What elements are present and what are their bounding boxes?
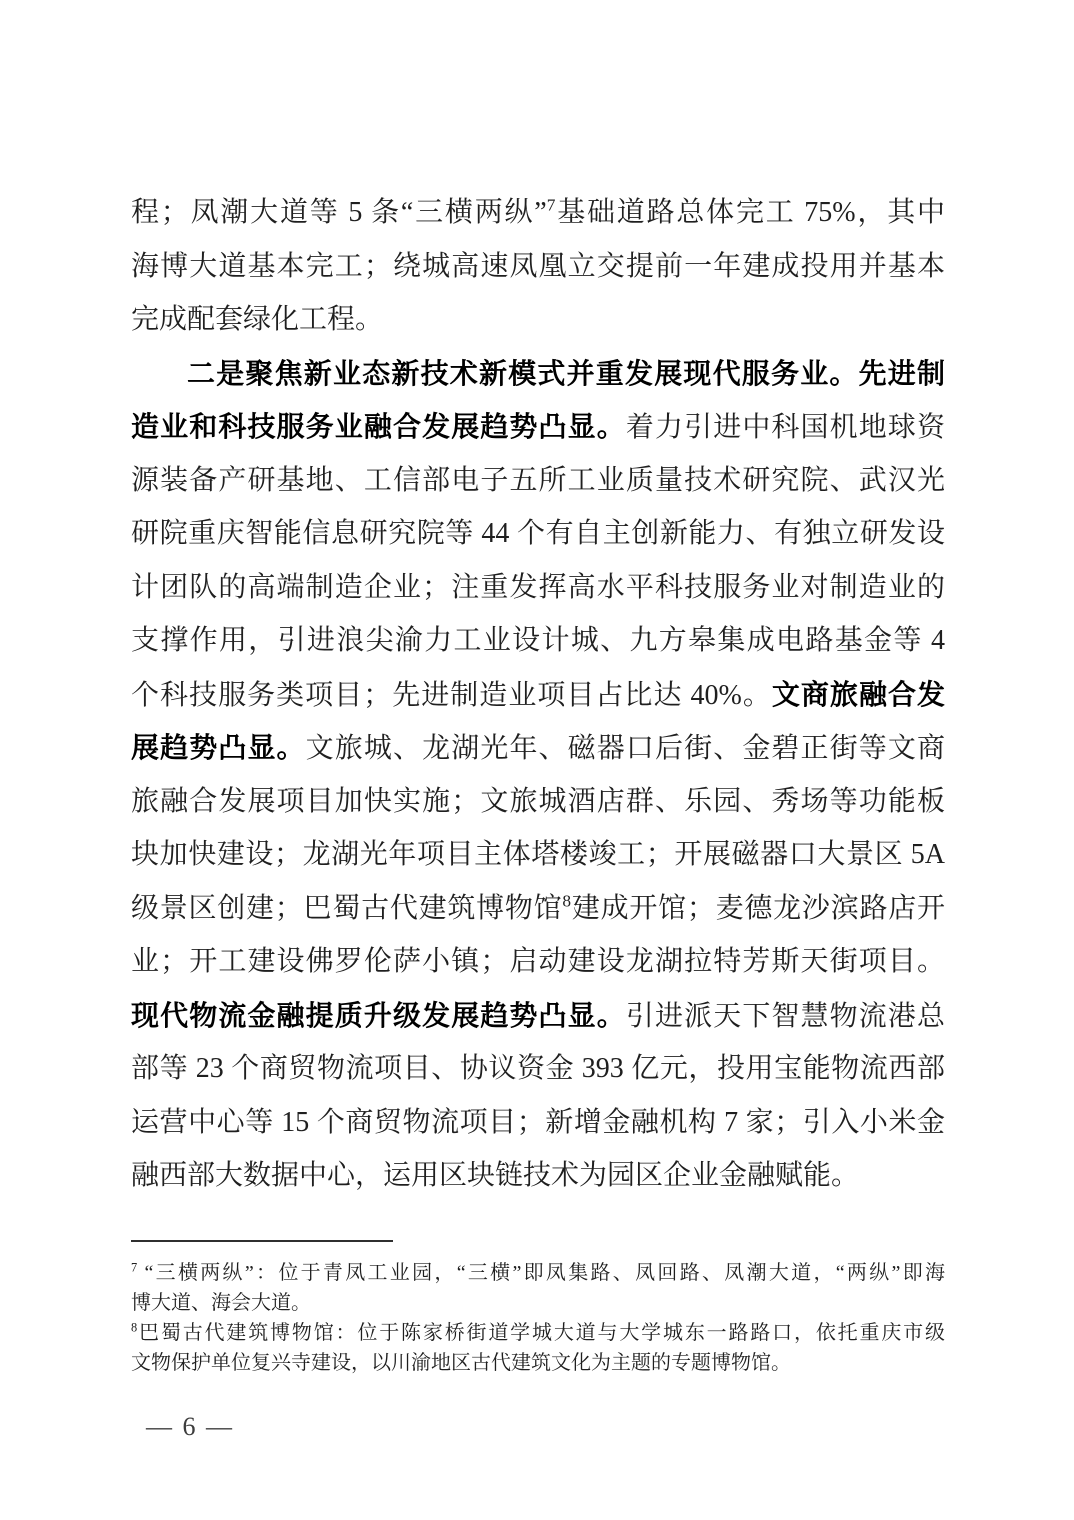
text-segment: 支撑作用，引进浪尖渝力工业设计城、九方皋集成电路基金等 4 (131, 625, 945, 656)
text-segment: 部等 23 个商贸物流项目、协议资金 393 亿元，投用宝能物流西部 (131, 1053, 945, 1084)
text-line: 部等 23 个商贸物流项目、协议资金 393 亿元，投用宝能物流西部 (131, 1042, 945, 1096)
text-line: 二是聚焦新业态新技术新模式并重发展现代服务业。先进制 (131, 347, 945, 401)
text-line: 博大道、海会大道。 (131, 1288, 945, 1318)
text-segment: 博大道、海会大道。 (131, 1292, 311, 1314)
text-line: 海博大道基本完工；绕城高速凤凰立交提前一年建成投用并基本 (131, 240, 945, 294)
footnote-separator (131, 1240, 393, 1242)
text-line: 现代物流金融提质升级发展趋势凸显。引进派天下智慧物流港总 (131, 989, 945, 1043)
text-line: 程；凤潮大道等 5 条“三横两纵”7基础道路总体完工 75%，其中 (131, 186, 945, 240)
text-line: 业；开工建设佛罗伦萨小镇；启动建设龙湖拉特芳斯天街项目。 (131, 935, 945, 989)
text-segment: 文商旅融合发 (772, 679, 945, 710)
text-line: 级景区创建；巴蜀古代建筑博物馆8建成开馆；麦德龙沙滨路店开 (131, 882, 945, 936)
text-line: 计团队的高端制造企业；注重发挥高水平科技服务业对制造业的 (131, 561, 945, 615)
footnote-ref: 8 (562, 891, 571, 910)
text-segment: 完成配套绿化工程。 (131, 304, 383, 335)
text-line: 研院重庆智能信息研究院等 44 个有自主创新能力、有独立研发设 (131, 507, 945, 561)
text-line: 完成配套绿化工程。 (131, 293, 945, 347)
text-segment: 展趋势凸显。 (131, 732, 306, 763)
text-line: 旅融合发展项目加快实施；文旅城酒店群、乐园、秀场等功能板 (131, 775, 945, 829)
text-segment: 运营中心等 15 个商贸物流项目；新增金融机构 7 家；引入小米金 (131, 1107, 945, 1138)
text-segment: 融西部大数据中心，运用区块链技术为园区企业金融赋能。 (131, 1160, 859, 1191)
text-segment: 级景区创建；巴蜀古代建筑博物馆 (131, 893, 562, 924)
text-line: 8巴蜀古代建筑博物馆：位于陈家桥街道学城大道与大学城东一路路口，依托重庆市级 (131, 1318, 945, 1348)
text-segment: 旅融合发展项目加快实施；文旅城酒店群、乐园、秀场等功能板 (131, 786, 945, 817)
text-segment: 研院重庆智能信息研究院等 44 个有自主创新能力、有独立研发设 (131, 518, 945, 549)
text-segment: 建成开馆；麦德龙沙滨路店开 (571, 893, 945, 924)
text-segment: 巴蜀古代建筑博物馆：位于陈家桥街道学城大道与大学城东一路路口，依托重庆市级 (137, 1322, 945, 1344)
text-segment: 计团队的高端制造企业；注重发挥高水平科技服务业对制造业的 (131, 572, 945, 603)
text-line: 运营中心等 15 个商贸物流项目；新增金融机构 7 家；引入小米金 (131, 1096, 945, 1150)
text-line: 融西部大数据中心，运用区块链技术为园区企业金融赋能。 (131, 1149, 945, 1203)
page-number: — 6 — (146, 1412, 234, 1442)
text-segment: 海博大道基本完工；绕城高速凤凰立交提前一年建成投用并基本 (131, 251, 945, 282)
text-segment: 文物保护单位复兴寺建设，以川渝地区古代建筑文化为主题的专题博物馆。 (131, 1352, 791, 1374)
text-line: 7 “三横两纵”：位于青凤工业园，“三横”即凤集路、凤回路、凤潮大道，“两纵”即… (131, 1258, 945, 1288)
text-line: 展趋势凸显。文旅城、龙湖光年、磁器口后街、金碧正街等文商 (131, 721, 945, 775)
text-segment: 基础道路总体完工 75%，其中 (555, 197, 945, 228)
text-segment: 程；凤潮大道等 5 条“三横两纵” (131, 197, 547, 228)
text-segment: 业；开工建设佛罗伦萨小镇；启动建设龙湖拉特芳斯天街项目。 (131, 946, 945, 977)
text-line: 文物保护单位复兴寺建设，以川渝地区古代建筑文化为主题的专题博物馆。 (131, 1348, 945, 1378)
text-line: 造业和科技服务业融合发展趋势凸显。着力引进中科国机地球资 (131, 400, 945, 454)
footnotes-block: 7 “三横两纵”：位于青凤工业园，“三横”即凤集路、凤回路、凤潮大道，“两纵”即… (131, 1258, 945, 1378)
text-segment: 二是聚焦新业态新技术新模式并重发展现代服务业。先进制 (187, 358, 945, 389)
text-line: 个科技服务类项目；先进制造业项目占比达 40%。文商旅融合发 (131, 668, 945, 722)
text-segment: “三横两纵”：位于青凤工业园，“三横”即凤集路、凤回路、凤潮大道，“两纵”即海 (137, 1262, 945, 1284)
text-segment: 文旅城、龙湖光年、磁器口后街、金碧正街等文商 (306, 733, 945, 764)
text-segment: 现代物流金融提质升级发展趋势凸显。 (131, 1000, 626, 1031)
text-segment: 个科技服务类项目；先进制造业项目占比达 40%。 (131, 680, 772, 711)
text-segment: 源装备产研基地、工信部电子五所工业质量技术研究院、武汉光 (131, 465, 945, 496)
text-segment: 造业和科技服务业融合发展趋势凸显。 (131, 411, 626, 442)
text-segment: 着力引进中科国机地球资 (626, 412, 945, 443)
text-line: 支撑作用，引进浪尖渝力工业设计城、九方皋集成电路基金等 4 (131, 614, 945, 668)
text-segment: 引进派天下智慧物流港总 (626, 1001, 945, 1032)
body-text-block: 程；凤潮大道等 5 条“三横两纵”7基础道路总体完工 75%，其中海博大道基本完… (131, 186, 945, 1203)
text-segment: 块加快建设；龙湖光年项目主体塔楼竣工；开展磁器口大景区 5A (131, 839, 945, 870)
document-page: 程；凤潮大道等 5 条“三横两纵”7基础道路总体完工 75%，其中海博大道基本完… (0, 0, 1074, 1520)
text-line: 源装备产研基地、工信部电子五所工业质量技术研究院、武汉光 (131, 454, 945, 508)
text-line: 块加快建设；龙湖光年项目主体塔楼竣工；开展磁器口大景区 5A (131, 828, 945, 882)
